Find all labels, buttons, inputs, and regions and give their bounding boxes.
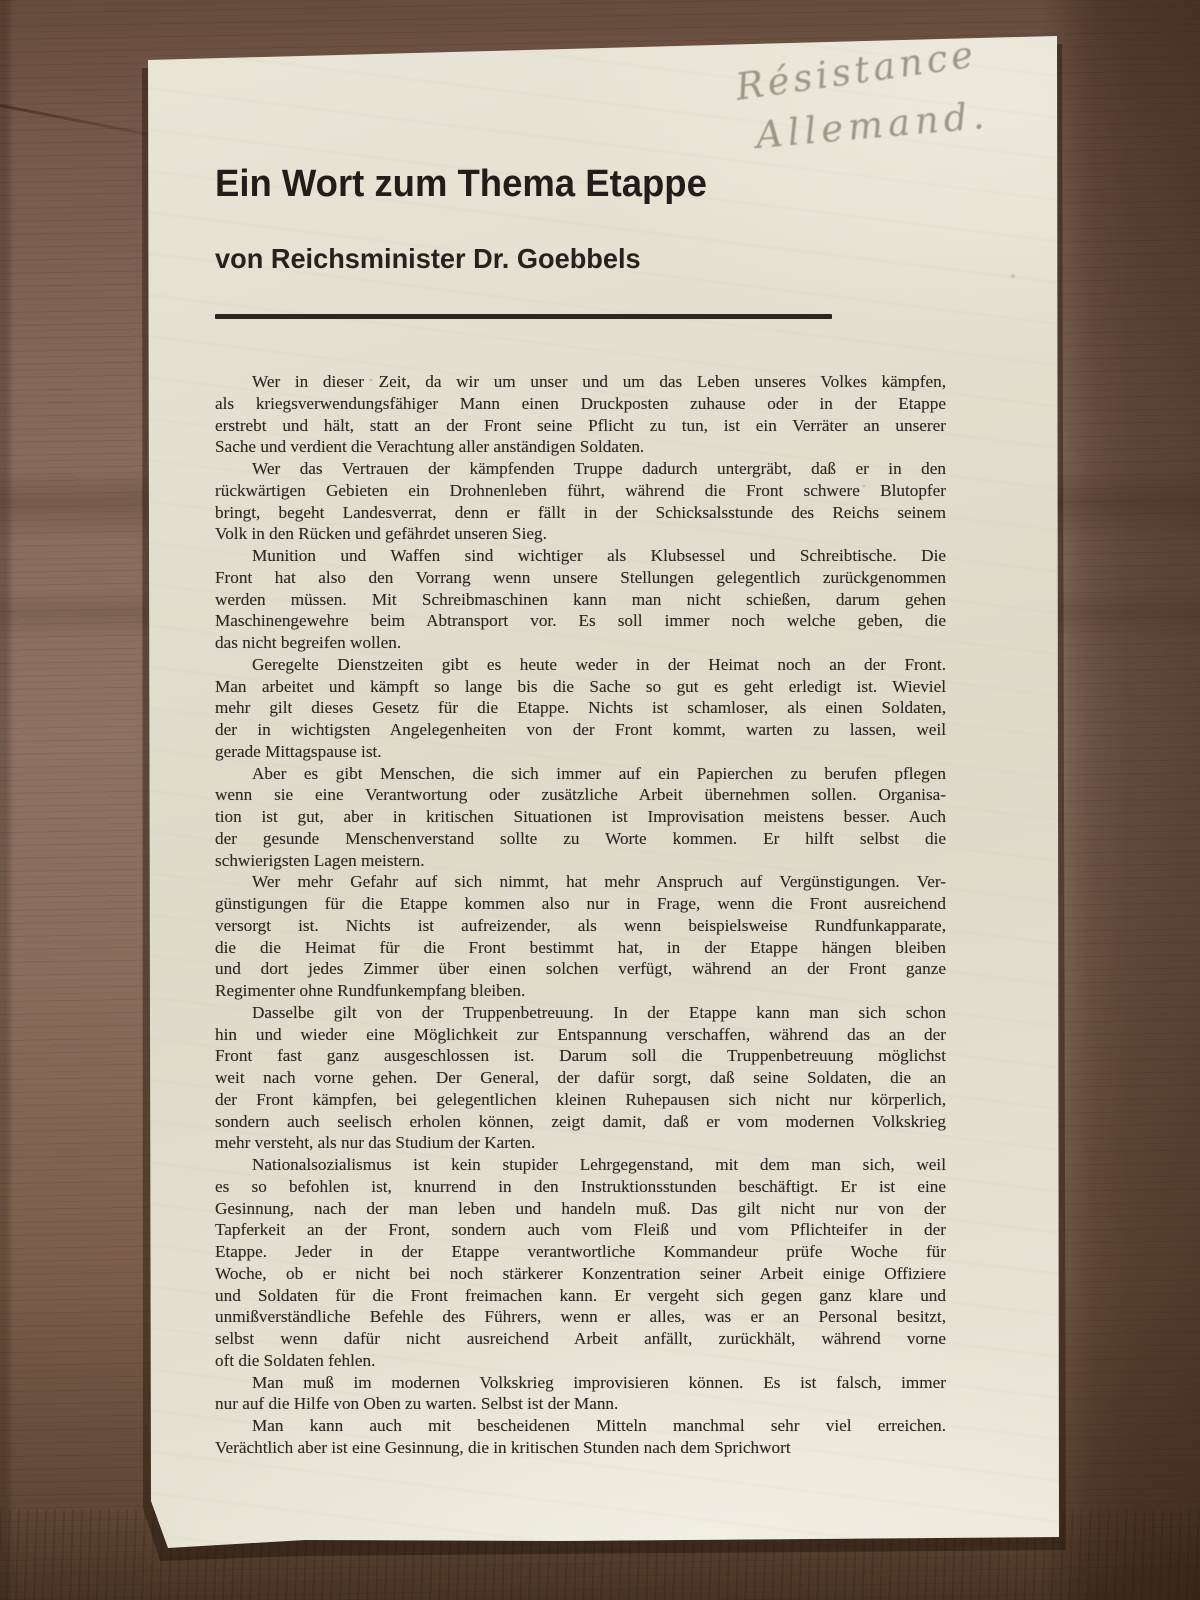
document-byline: von Reichsminister Dr. Goebbels	[215, 243, 641, 275]
text-line: werden müssen. Mit Schreibmaschinen kann…	[215, 589, 946, 611]
text-line: Front hat also den Vorrang wenn unsere S…	[215, 567, 946, 589]
text-line: Wer mehr Gefahr auf sich nimmt, hat mehr…	[215, 871, 946, 893]
paragraph: Munition und Waffen sind wichtiger als K…	[215, 545, 946, 654]
text-line: als kriegsverwendungsfähiger Mann einen …	[215, 393, 946, 415]
text-line: Woche, ob er nicht bei noch stärkerer Ko…	[215, 1263, 946, 1285]
text-line: das nicht begreifen wollen.	[215, 632, 946, 654]
paragraph: Wer mehr Gefahr auf sich nimmt, hat mehr…	[215, 871, 946, 1002]
text-line: erstrebt und hält, statt an der Front se…	[215, 415, 946, 437]
text-line: Dasselbe gilt von der Truppenbetreuung. …	[215, 1002, 946, 1024]
text-line: selbst wenn dafür nicht ausreichend Arbe…	[215, 1328, 946, 1350]
text-line: Etappe. Jeder in der Etappe verantwortli…	[215, 1241, 946, 1263]
text-line: der Front kämpfen, bei gelegentlichen kl…	[215, 1089, 946, 1111]
text-line: und dort jedes Zimmer über einen solchen…	[215, 958, 946, 980]
text-line: Tapferkeit an der Front, sondern auch vo…	[215, 1219, 946, 1241]
text-line: Munition und Waffen sind wichtiger als K…	[215, 545, 946, 567]
text-line: Man kann auch mit bescheidenen Mitteln m…	[215, 1415, 946, 1437]
text-line: Verächtlich aber ist eine Gesinnung, die…	[215, 1437, 946, 1459]
text-line: schwierigsten Lagen meistern.	[215, 850, 946, 872]
text-line: Front fast ganz ausgeschlossen ist. Daru…	[215, 1045, 946, 1067]
text-line: der gesunde Menschenverstand sollte zu W…	[215, 828, 946, 850]
text-line: wenn sie eine Verantwortung oder zusätzl…	[215, 784, 946, 806]
paragraph: Aber es gibt Menschen, die sich immer au…	[215, 763, 946, 872]
text-line: günstigungen für die Etappe kommen also …	[215, 893, 946, 915]
text-line: versorgt ist. Nichts ist aufreizender, a…	[215, 915, 946, 937]
paragraph: Dasselbe gilt von der Truppenbetreuung. …	[215, 1002, 946, 1154]
text-line: rückwärtigen Gebieten ein Drohnenleben f…	[215, 480, 946, 502]
text-line: Gesinnung, nach der man leben und handel…	[215, 1198, 946, 1220]
text-line: oft die Soldaten fehlen.	[215, 1350, 946, 1372]
document-body: Wer in dieser Zeit, da wir um unser und …	[215, 371, 946, 1459]
text-line: Geregelte Dienstzeiten gibt es heute wed…	[215, 654, 946, 676]
leaflet-paper: Résistance Allemand. Ein Wort zum Thema …	[0, 0, 1200, 1600]
text-line: es so befohlen ist, knurrend in den Inst…	[215, 1176, 946, 1198]
title-rule	[215, 314, 832, 319]
text-line: Nationalsozialismus ist kein stupider Le…	[215, 1154, 946, 1176]
text-line: Wer das Vertrauen der kämpfenden Truppe …	[215, 458, 946, 480]
text-line: weit nach vorne gehen. Der General, der …	[215, 1067, 946, 1089]
paragraph: Nationalsozialismus ist kein stupider Le…	[215, 1154, 946, 1372]
text-line: Maschinengewehre beim Abtransport vor. E…	[215, 610, 946, 632]
text-line: mehr gilt dieses Gesetz für die Etappe. …	[215, 697, 946, 719]
paragraph: Geregelte Dienstzeiten gibt es heute wed…	[215, 654, 946, 763]
text-line: Aber es gibt Menschen, die sich immer au…	[215, 763, 946, 785]
text-line: der in wichtigsten Angelegenheiten von d…	[215, 719, 946, 741]
text-line: Regimenter ohne Rundfunkempfang bleiben.	[215, 980, 946, 1002]
text-line: Wer in dieser Zeit, da wir um unser und …	[215, 371, 946, 393]
text-line: nur auf die Hilfe von Oben zu warten. Se…	[215, 1393, 946, 1415]
text-line: Man muß im modernen Volkskrieg improvisi…	[215, 1372, 946, 1394]
text-line: die die Heimat für die Front bestimmt ha…	[215, 937, 946, 959]
text-line: tion ist gut, aber in kritischen Situati…	[215, 806, 946, 828]
document-title: Ein Wort zum Thema Etappe	[215, 163, 707, 206]
text-line: sondern auch seelisch erholen können, ze…	[215, 1111, 946, 1133]
text-line: mehr versteht, als nur das Studium der K…	[215, 1132, 946, 1154]
paragraph: Wer das Vertrauen der kämpfenden Truppe …	[215, 458, 946, 545]
text-line: unmißverständliche Befehle des Führers, …	[215, 1306, 946, 1328]
paragraph: Wer in dieser Zeit, da wir um unser und …	[215, 371, 946, 458]
text-line: hin und wieder eine Möglichkeit zur Ents…	[215, 1024, 946, 1046]
text-line: Man arbeitet und kämpft so lange bis die…	[215, 676, 946, 698]
text-line: gerade Mittagspause ist.	[215, 741, 946, 763]
text-line: Volk in den Rücken und gefährdet unseren…	[215, 523, 946, 545]
paragraph: Man muß im modernen Volkskrieg improvisi…	[215, 1372, 946, 1416]
photo-background: Résistance Allemand. Ein Wort zum Thema …	[0, 0, 1200, 1600]
paragraph: Man kann auch mit bescheidenen Mitteln m…	[215, 1415, 946, 1459]
text-line: bringt, begeht Landesverrat, denn er fäl…	[215, 502, 946, 524]
text-line: Sache und verdient die Verachtung aller …	[215, 436, 946, 458]
text-line: und Soldaten für die Front freimachen ka…	[215, 1285, 946, 1307]
